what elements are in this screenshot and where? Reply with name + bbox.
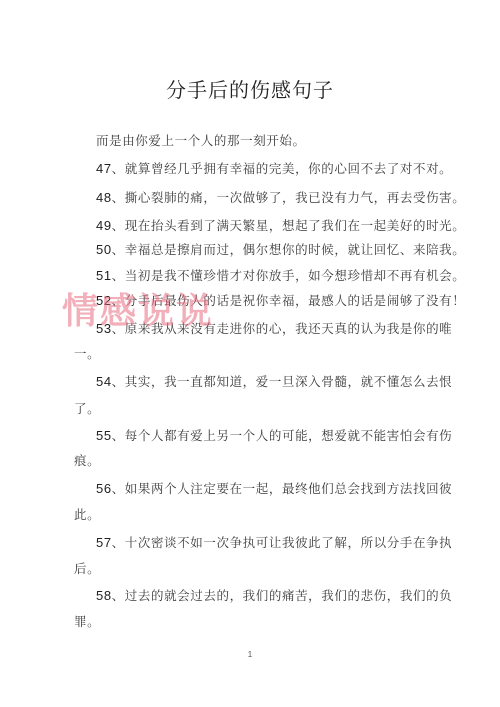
watermark: 情感说说 [62, 283, 214, 334]
text-line: 罪。 [74, 612, 100, 630]
text-line: 而是由你爱上一个人的那一刻开始。 [96, 131, 306, 149]
list-item: 48、撕心裂肺的痛，一次做够了，我已没有力气，再去受伤害。 [96, 188, 465, 206]
text-line: 一。 [74, 344, 100, 362]
list-item: 51、当初是我不懂珍惜才对你放手，如今想珍惜却不再有机会。 [96, 266, 465, 284]
text-line: 痕。 [74, 451, 100, 469]
list-item: 50、幸福总是擦肩而过，偶尔想你的时候，就让回忆、来陪我。 [96, 240, 465, 258]
list-item: 47、就算曾经几乎拥有幸福的完美，你的心回不去了对不对。 [96, 159, 452, 177]
document-title: 分手后的伤感句子 [0, 74, 500, 103]
list-item: 58、过去的就会过去的，我们的痛苦，我们的悲伤，我们的负 [96, 586, 452, 604]
list-item: 49、现在抬头看到了满天繁星，想起了我们在一起美好的时光。 [96, 216, 465, 234]
page-number: 1 [0, 650, 500, 659]
list-item: 57、十次密谈不如一次争执可让我彼此了解，所以分手在争执 [96, 533, 452, 551]
list-item: 56、如果两个人注定要在一起，最终他们总会找到方法找回彼 [96, 479, 452, 497]
list-item: 54、其实，我一直都知道，爱一旦深入骨髓，就不懂怎么去恨 [96, 372, 452, 390]
list-item: 55、每个人都有爱上另一个人的可能，想爱就不能害怕会有伤 [96, 426, 452, 444]
text-line: 了。 [74, 399, 100, 417]
text-line: 后。 [74, 559, 100, 577]
text-line: 此。 [74, 505, 100, 523]
